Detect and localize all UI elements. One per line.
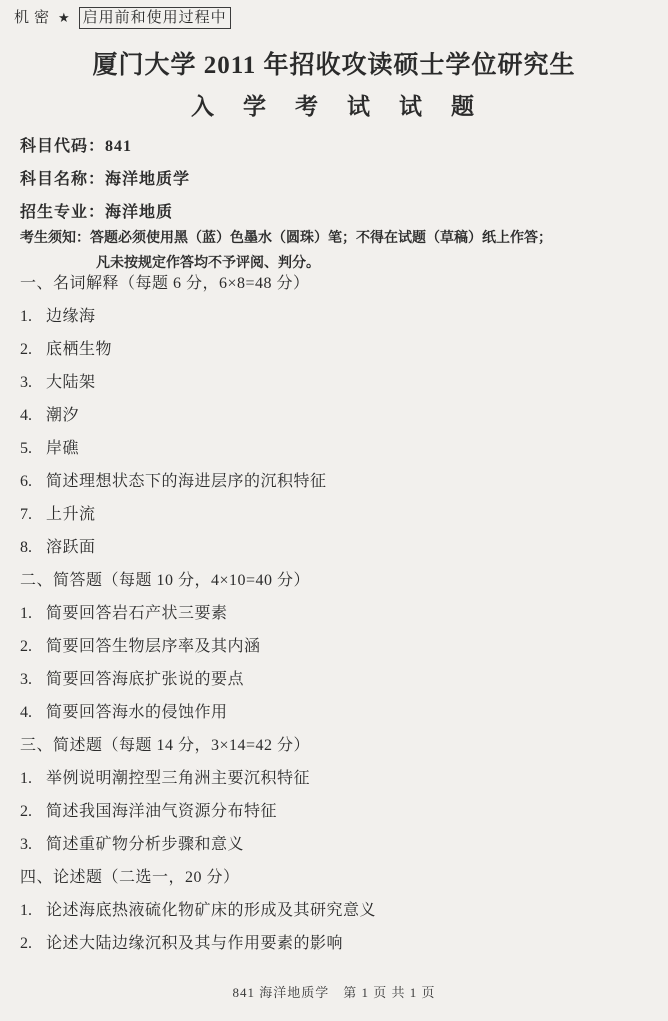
question-item: 2.简述我国海洋油气资源分布特征 bbox=[20, 795, 652, 828]
question-text: 潮汐 bbox=[46, 407, 79, 424]
question-item: 1.举例说明潮控型三角洲主要沉积特征 bbox=[20, 762, 652, 795]
question-item: 7.上升流 bbox=[20, 498, 652, 531]
subject-code-label: 科目代码： bbox=[20, 138, 105, 155]
section-heading-3: 三、简述题（每题 14 分，3×14=42 分） bbox=[20, 729, 652, 762]
question-number: 2. bbox=[20, 795, 46, 828]
question-text: 溶跃面 bbox=[46, 539, 96, 556]
question-item: 1.简要回答岩石产状三要素 bbox=[20, 597, 652, 630]
question-number: 8. bbox=[20, 531, 46, 564]
question-number: 4. bbox=[20, 399, 46, 432]
star-icon: ★ bbox=[58, 8, 70, 28]
question-number: 3. bbox=[20, 828, 46, 861]
notice-text-1: 答题必须使用黑（蓝）色墨水（圆珠）笔；不得在试题（草稿）纸上作答； bbox=[90, 229, 552, 245]
exam-title-line1: 厦门大学 2011 年招收攻读硕士学位研究生 bbox=[0, 45, 668, 81]
notice-label: 考生须知： bbox=[20, 229, 90, 245]
subject-name-value: 海洋地质学 bbox=[105, 171, 190, 188]
question-item: 3.简述重矿物分析步骤和意义 bbox=[20, 828, 652, 861]
question-text: 简述理想状态下的海进层序的沉积特征 bbox=[46, 473, 327, 490]
question-number: 1. bbox=[20, 597, 46, 630]
classification-level: 机密 bbox=[14, 8, 54, 28]
question-item: 4.简要回答海水的侵蚀作用 bbox=[20, 696, 652, 729]
question-text: 底栖生物 bbox=[46, 341, 112, 358]
question-number: 2. bbox=[20, 927, 46, 960]
question-item: 1.论述海底热液硫化物矿床的形成及其研究意义 bbox=[20, 894, 652, 927]
question-text: 简述我国海洋油气资源分布特征 bbox=[46, 803, 277, 820]
question-item: 4.潮汐 bbox=[20, 399, 652, 432]
question-text: 简述重矿物分析步骤和意义 bbox=[46, 836, 244, 853]
subject-code-line: 科目代码：841 bbox=[20, 133, 132, 156]
question-text: 大陆架 bbox=[46, 374, 96, 391]
section-heading-1: 一、名词解释（每题 6 分，6×8=48 分） bbox=[20, 267, 652, 300]
question-number: 3. bbox=[20, 663, 46, 696]
subject-name-label: 科目名称： bbox=[20, 171, 105, 188]
question-body: 一、名词解释（每题 6 分，6×8=48 分） 1.边缘海 2.底栖生物 3.大… bbox=[20, 267, 652, 960]
question-number: 7. bbox=[20, 498, 46, 531]
subject-name-line: 科目名称：海洋地质学 bbox=[20, 166, 190, 189]
question-text: 举例说明潮控型三角洲主要沉积特征 bbox=[46, 770, 310, 787]
exam-title-line2: 入 学 考 试 试 题 bbox=[0, 88, 668, 121]
question-text: 简要回答生物层序率及其内涵 bbox=[46, 638, 261, 655]
question-item: 8.溶跃面 bbox=[20, 531, 652, 564]
classification-scope-box: 启用前和使用过程中 bbox=[79, 7, 231, 29]
subject-code-value: 841 bbox=[105, 138, 132, 155]
question-number: 2. bbox=[20, 630, 46, 663]
question-number: 1. bbox=[20, 300, 46, 333]
question-text: 简要回答海水的侵蚀作用 bbox=[46, 704, 228, 721]
question-item: 2.底栖生物 bbox=[20, 333, 652, 366]
question-number: 3. bbox=[20, 366, 46, 399]
section-heading-4: 四、论述题（二选一，20 分） bbox=[20, 861, 652, 894]
classification-header: 机密 ★ 启用前和使用过程中 bbox=[14, 7, 231, 29]
section-heading-2: 二、简答题（每题 10 分，4×10=40 分） bbox=[20, 564, 652, 597]
question-text: 论述海底热液硫化物矿床的形成及其研究意义 bbox=[46, 902, 376, 919]
question-number: 1. bbox=[20, 762, 46, 795]
question-item: 1.边缘海 bbox=[20, 300, 652, 333]
question-number: 1. bbox=[20, 894, 46, 927]
page-footer: 841 海洋地质学 第 1 页 共 1 页 bbox=[0, 982, 668, 1001]
question-text: 简要回答海底扩张说的要点 bbox=[46, 671, 244, 688]
question-item: 2.简要回答生物层序率及其内涵 bbox=[20, 630, 652, 663]
question-item: 5.岸礁 bbox=[20, 432, 652, 465]
major-label: 招生专业： bbox=[20, 204, 105, 221]
major-line: 招生专业：海洋地质 bbox=[20, 199, 173, 222]
question-text: 简要回答岩石产状三要素 bbox=[46, 605, 228, 622]
question-text: 论述大陆边缘沉积及其与作用要素的影响 bbox=[46, 935, 343, 952]
question-number: 4. bbox=[20, 696, 46, 729]
question-text: 边缘海 bbox=[46, 308, 96, 325]
question-item: 3.简要回答海底扩张说的要点 bbox=[20, 663, 652, 696]
major-value: 海洋地质 bbox=[105, 204, 173, 221]
question-item: 6.简述理想状态下的海进层序的沉积特征 bbox=[20, 465, 652, 498]
question-number: 5. bbox=[20, 432, 46, 465]
notice-line-1: 考生须知：答题必须使用黑（蓝）色墨水（圆珠）笔；不得在试题（草稿）纸上作答； bbox=[20, 225, 654, 250]
question-text: 岸礁 bbox=[46, 440, 79, 457]
exam-paper-page: 机密 ★ 启用前和使用过程中 厦门大学 2011 年招收攻读硕士学位研究生 入 … bbox=[0, 0, 668, 1021]
question-text: 上升流 bbox=[46, 506, 96, 523]
question-number: 6. bbox=[20, 465, 46, 498]
question-item: 2.论述大陆边缘沉积及其与作用要素的影响 bbox=[20, 927, 652, 960]
question-item: 3.大陆架 bbox=[20, 366, 652, 399]
question-number: 2. bbox=[20, 333, 46, 366]
